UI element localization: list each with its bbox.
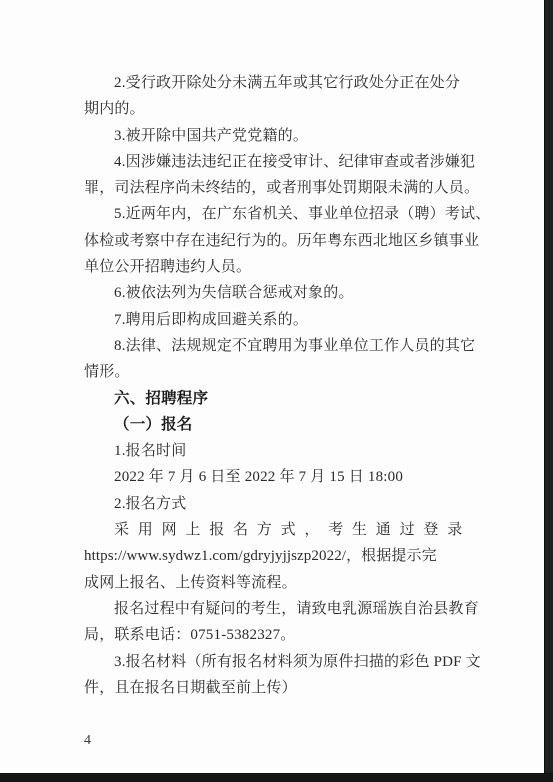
clause-line: 期内的。	[84, 96, 504, 122]
clause-line: 1.报名时间	[84, 438, 504, 464]
clause-line: 4.因涉嫌违法违纪正在接受审计、纪律审查或者涉嫌犯	[84, 149, 504, 175]
clause-line: 报名过程中有疑问的考生，请致电乳源瑶族自治县教育	[84, 596, 504, 622]
section-heading: 六、招聘程序	[84, 386, 504, 412]
clause-line: 3.报名材料（所有报名材料须为原件扫描的彩色 PDF 文	[84, 649, 504, 675]
clause-line: 罪，司法程序尚未终结的，或者刑事处罚期限未满的人员。	[84, 175, 504, 201]
clause-line: 采用网上报名方式，考生通过登录	[84, 517, 504, 543]
clause-line: 5.近两年内，在广东省机关、事业单位招录（聘）考试、	[84, 201, 504, 227]
clause-line: 2.受行政开除处分未满五年或其它行政处分正在处分	[84, 70, 504, 96]
clause-line: 2.报名方式	[84, 491, 504, 517]
clause-line: 8.法律、法规规定不宜聘用为事业单位工作人员的其它	[84, 333, 504, 359]
clause-line: 情形。	[84, 359, 504, 385]
document-body: 2.受行政开除处分未满五年或其它行政处分正在处分 期内的。 3.被开除中国共产党…	[84, 70, 504, 754]
clause-line: 成网上报名、上传资料等流程。	[84, 570, 504, 596]
scan-bottom-edge	[0, 773, 553, 782]
clause-line: 单位公开招聘违约人员。	[84, 254, 504, 280]
page-number: 4	[84, 728, 504, 754]
scanned-document-page: 2.受行政开除处分未满五年或其它行政处分正在处分 期内的。 3.被开除中国共产党…	[0, 0, 553, 782]
scan-right-edge	[544, 0, 553, 782]
registration-date-line: 2022 年 7 月 6 日至 2022 年 7 月 15 日 18:00	[84, 464, 504, 490]
clause-line: 3.被开除中国共产党党籍的。	[84, 123, 504, 149]
clause-line: 7.聘用后即构成回避关系的。	[84, 307, 504, 333]
subsection-heading: （一）报名	[84, 412, 504, 438]
clause-line: 体检或考察中存在违纪行为的。历年粤东西北地区乡镇事业	[84, 228, 504, 254]
contact-phone-line: 局，联系电话：0751-5382327。	[84, 622, 504, 648]
clause-line: 6.被依法列为失信联合惩戒对象的。	[84, 280, 504, 306]
clause-line: 件，且在报名日期截至前上传）	[84, 675, 504, 701]
registration-url-line: https://www.sydwz1.com/gdryjyjjszp2022/，…	[84, 543, 504, 569]
